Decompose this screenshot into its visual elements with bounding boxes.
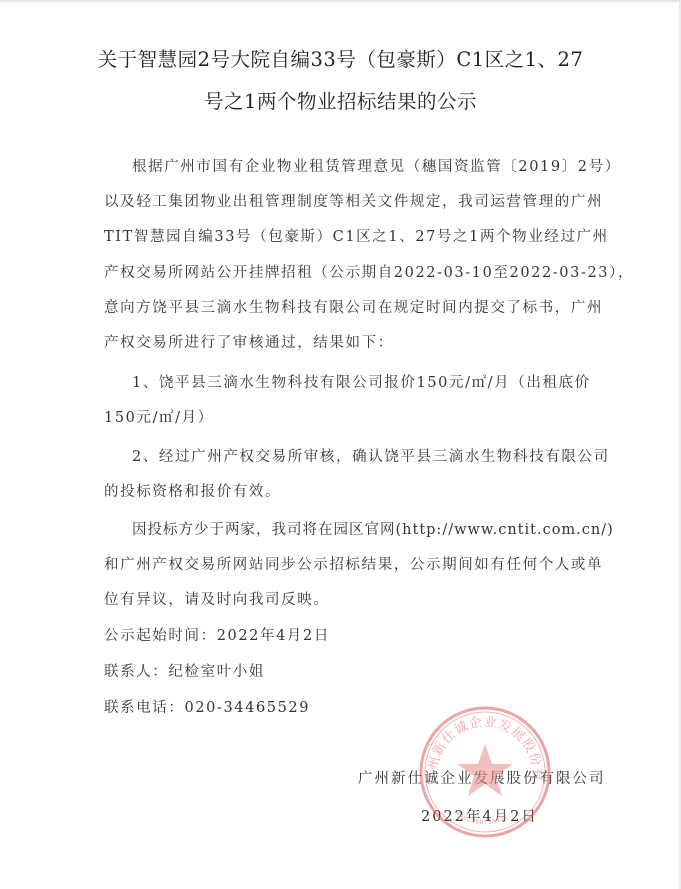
body-line: 位有异议，请及时向我司反映。 [104,588,329,609]
signature-company: 广州新仕诚企业发展股份有限公司 [358,767,606,788]
contact-person: 联系人：纪检室叶小姐 [104,660,265,681]
notice-title-line-1: 关于智慧园2号大院自编33号（包豪斯）C1区之1、27 [0,44,681,72]
notice-title-line-2: 号之1两个物业招标结果的公示 [0,86,681,114]
result-item-1: 1、饶平县三滴水生物科技有限公司报价150元/㎡/月（出租底价 [132,371,591,392]
body-line: 意向方饶平县三滴水生物科技有限公司在规定时间内提交了标书，广州 [104,296,603,317]
body-line: 因投标方少于两家，我司将在园区官网(http://www.cntit.com.c… [132,518,614,539]
result-item-1-cont: 150元/㎡/月） [104,406,214,427]
contact-phone: 联系电话：020-34465529 [104,696,310,717]
result-item-2: 2、经过广州产权交易所审核，确认饶平县三滴水生物科技有限公司 [132,445,610,466]
body-line: 以及轻工集团物业出租管理制度等相关文件规定，我司运营管理的广州 [104,190,603,211]
publish-start-date: 公示起始时间：2022年4月2日 [104,624,330,645]
signature-date: 2022年4月2日 [421,805,538,826]
body-line: TIT智慧园自编33号（包豪斯）C1区之1、27号之1两个物业经过广州 [104,225,609,246]
body-line: 产权交易所网站公开挂牌招租（公示期自2022-03-10至2022-03-23）… [104,261,634,282]
body-line: 和广州产权交易所网站同步公示招标结果，公示期间如有任何个人或单 [104,553,603,574]
body-line: 产权交易所进行了审核通过，结果如下： [104,331,394,352]
result-item-2-cont: 的投标资格和报价有效。 [104,480,281,501]
body-line: 根据广州市国有企业物业租赁管理意见（穗国资监管〔2019〕2号） [132,155,621,176]
